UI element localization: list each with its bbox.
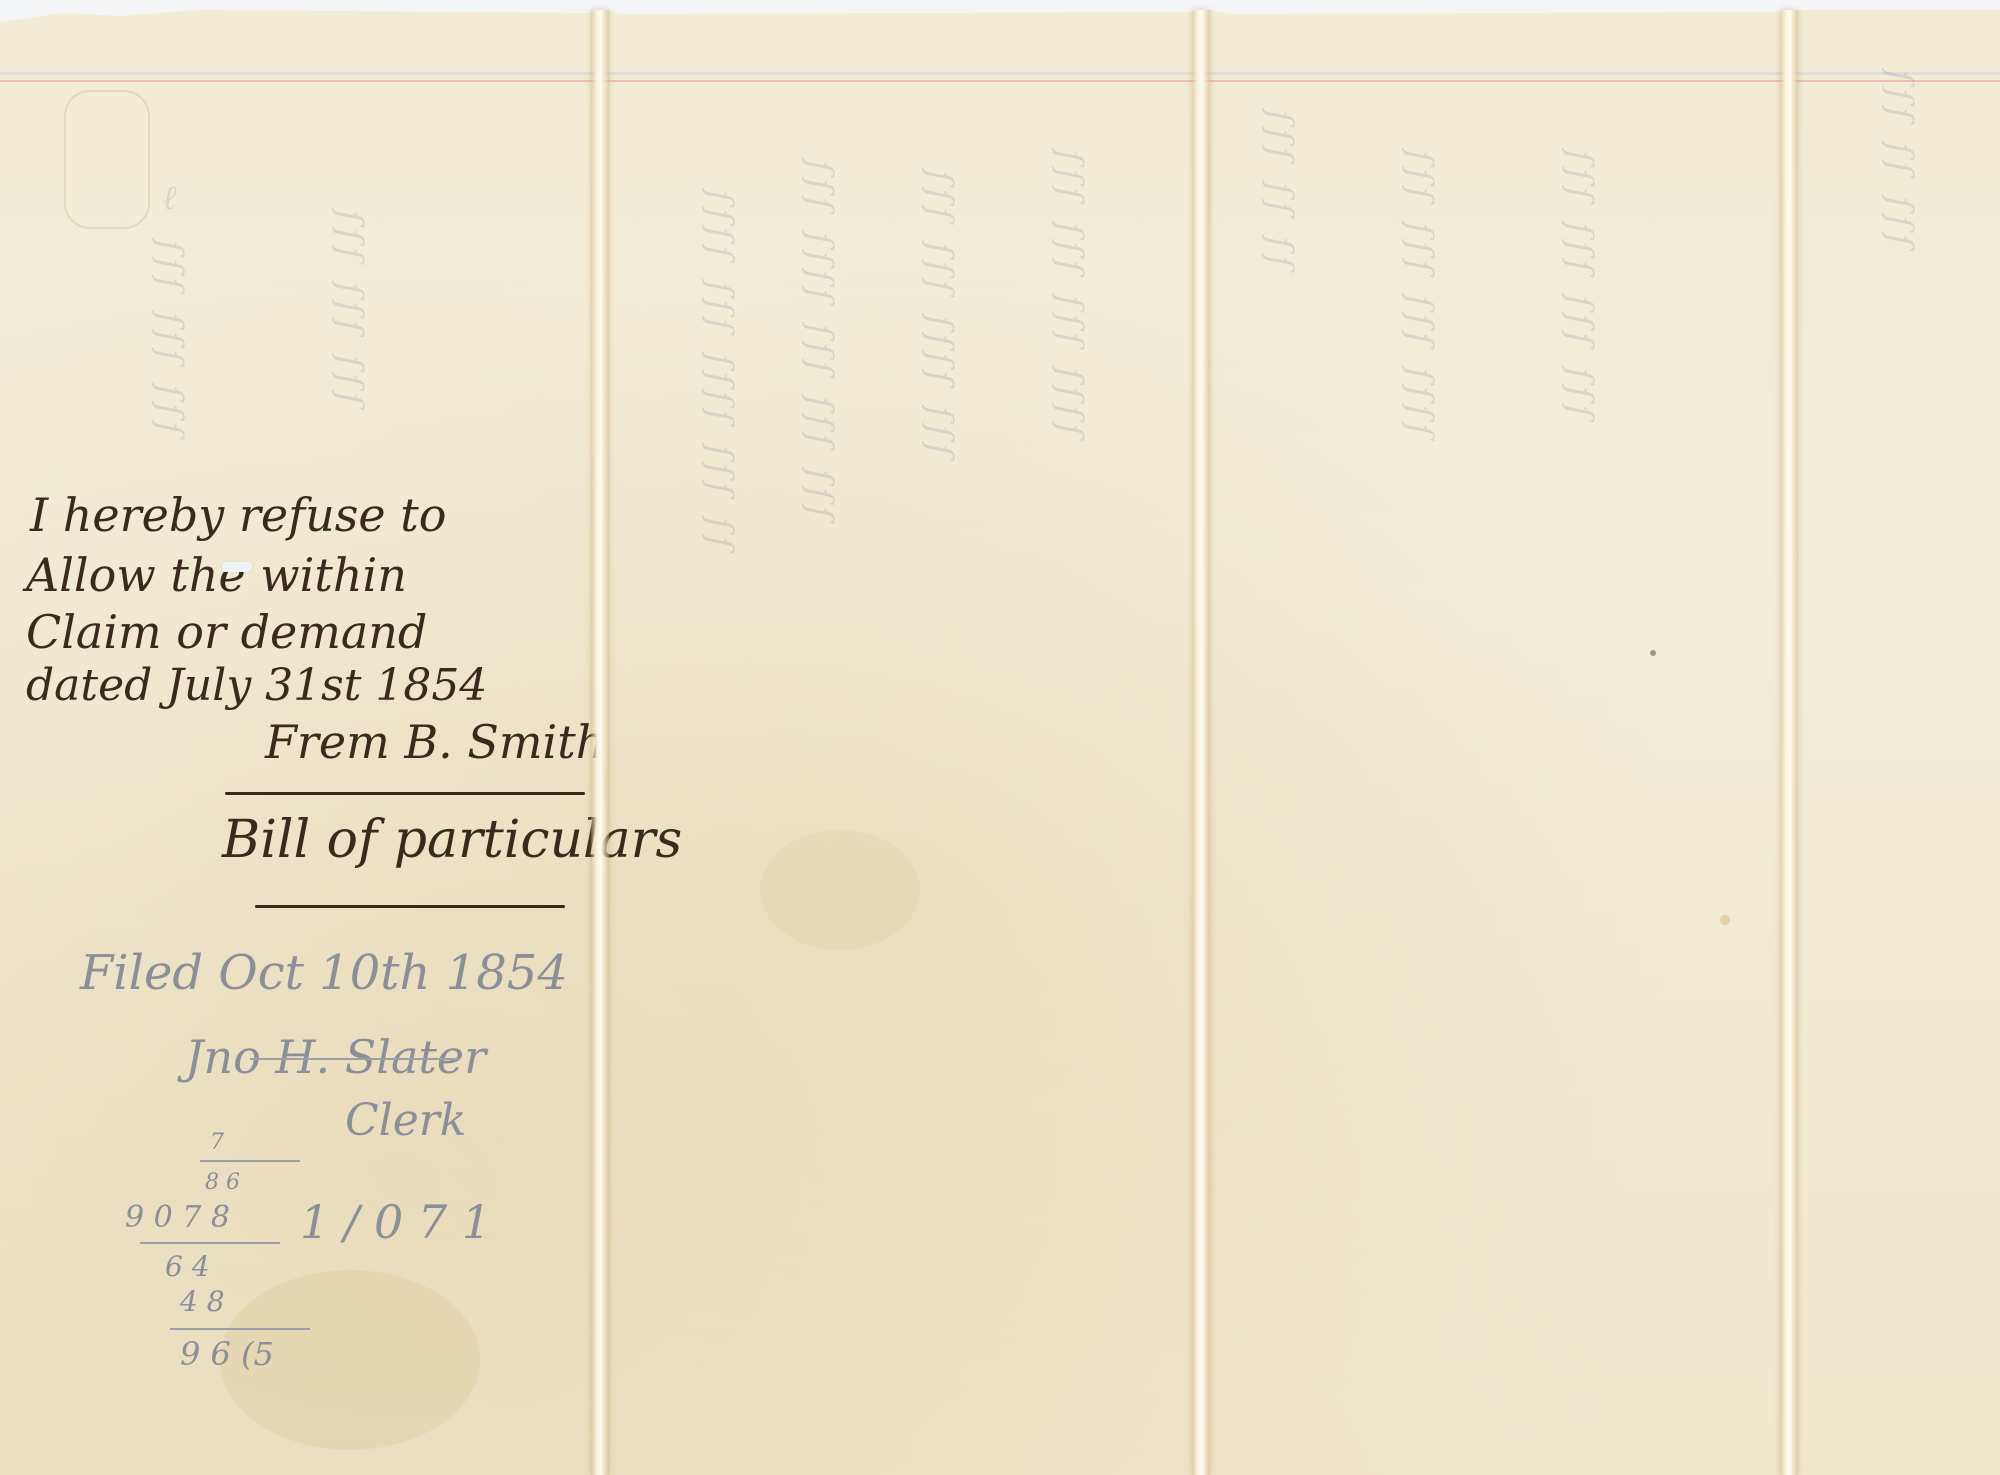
bleed-through-text: ​ſſſ ſſ ſſſ bbox=[1880, 70, 1920, 970]
bleed-through-text: ​ſſſ ſſſ ſſſ ſſſ bbox=[1560, 150, 1600, 1350]
ruled-line-red bbox=[0, 80, 2000, 82]
fold-crease bbox=[591, 10, 609, 1475]
paper-tear bbox=[222, 562, 252, 572]
bleed-through-text: ​ſſſ ſſſſ ſſſ ſſſ ſſſ bbox=[800, 160, 840, 1360]
arithmetic-side-note: 1 / 0 7 1 bbox=[300, 1195, 491, 1249]
filed-date: Filed Oct 10th 1854 bbox=[80, 945, 568, 1001]
arithmetic-line: 8 6 bbox=[205, 1170, 240, 1195]
bleed-through-text: ​ſſſſ ſſſ ſſſſ ſſſ ſſ bbox=[700, 190, 740, 1290]
endorsement-line-4: dated July 31st 1854 bbox=[26, 660, 487, 711]
signature: Frem B. Smith bbox=[265, 715, 605, 769]
clerk-name: Jno H. Slater bbox=[185, 1030, 486, 1084]
bleed-through-text: ​ſſſ ſſ ſſ bbox=[1260, 110, 1300, 710]
embossed-stamp-outline bbox=[64, 90, 150, 229]
endorsement-line-1: I hereby refuse to bbox=[30, 488, 446, 542]
arithmetic-line: 4 8 bbox=[180, 1285, 225, 1318]
endorsement-line-3: Claim or demand bbox=[26, 605, 427, 659]
clerk-title: Clerk bbox=[345, 1095, 466, 1146]
arithmetic-rule bbox=[140, 1242, 280, 1244]
paper-sheet: ​ℓ ſſſ ſſſ ſſſ ​ſſſ ſſſ ſſſ ​ſſſſ ſſſ ſſ… bbox=[0, 10, 2000, 1475]
title-underline bbox=[255, 905, 565, 908]
arithmetic-line: 9 0 7 8 bbox=[125, 1200, 230, 1235]
document-title: Bill of particulars bbox=[222, 810, 682, 870]
bleed-through-text: ​ſſſ ſſſ ſſſ ſſſſ bbox=[1400, 150, 1440, 1350]
arithmetic-line: 7 bbox=[210, 1130, 224, 1155]
fold-crease bbox=[1192, 10, 1210, 1475]
bleed-through-text: ​ſſſ ſſſ ſſſſ ſſſ bbox=[920, 170, 960, 1320]
bleed-through-text: ​ſſſ ſſſ ſſſ ſſſſ bbox=[1050, 150, 1090, 1300]
fold-crease bbox=[1780, 10, 1798, 1475]
arithmetic-line: 9 6 (5 bbox=[180, 1335, 274, 1373]
ink-spot bbox=[1720, 915, 1730, 925]
arithmetic-rule bbox=[200, 1160, 300, 1162]
arithmetic-line: 6 4 bbox=[165, 1250, 210, 1283]
arithmetic-rule bbox=[170, 1328, 310, 1330]
paper-stain bbox=[760, 830, 920, 950]
ink-spot bbox=[1650, 650, 1656, 656]
signature-underline bbox=[225, 792, 585, 795]
clerk-name-strike bbox=[250, 1058, 460, 1060]
ruled-line-blue bbox=[0, 72, 2000, 75]
endorsement-line-2: Allow the within bbox=[26, 548, 407, 602]
